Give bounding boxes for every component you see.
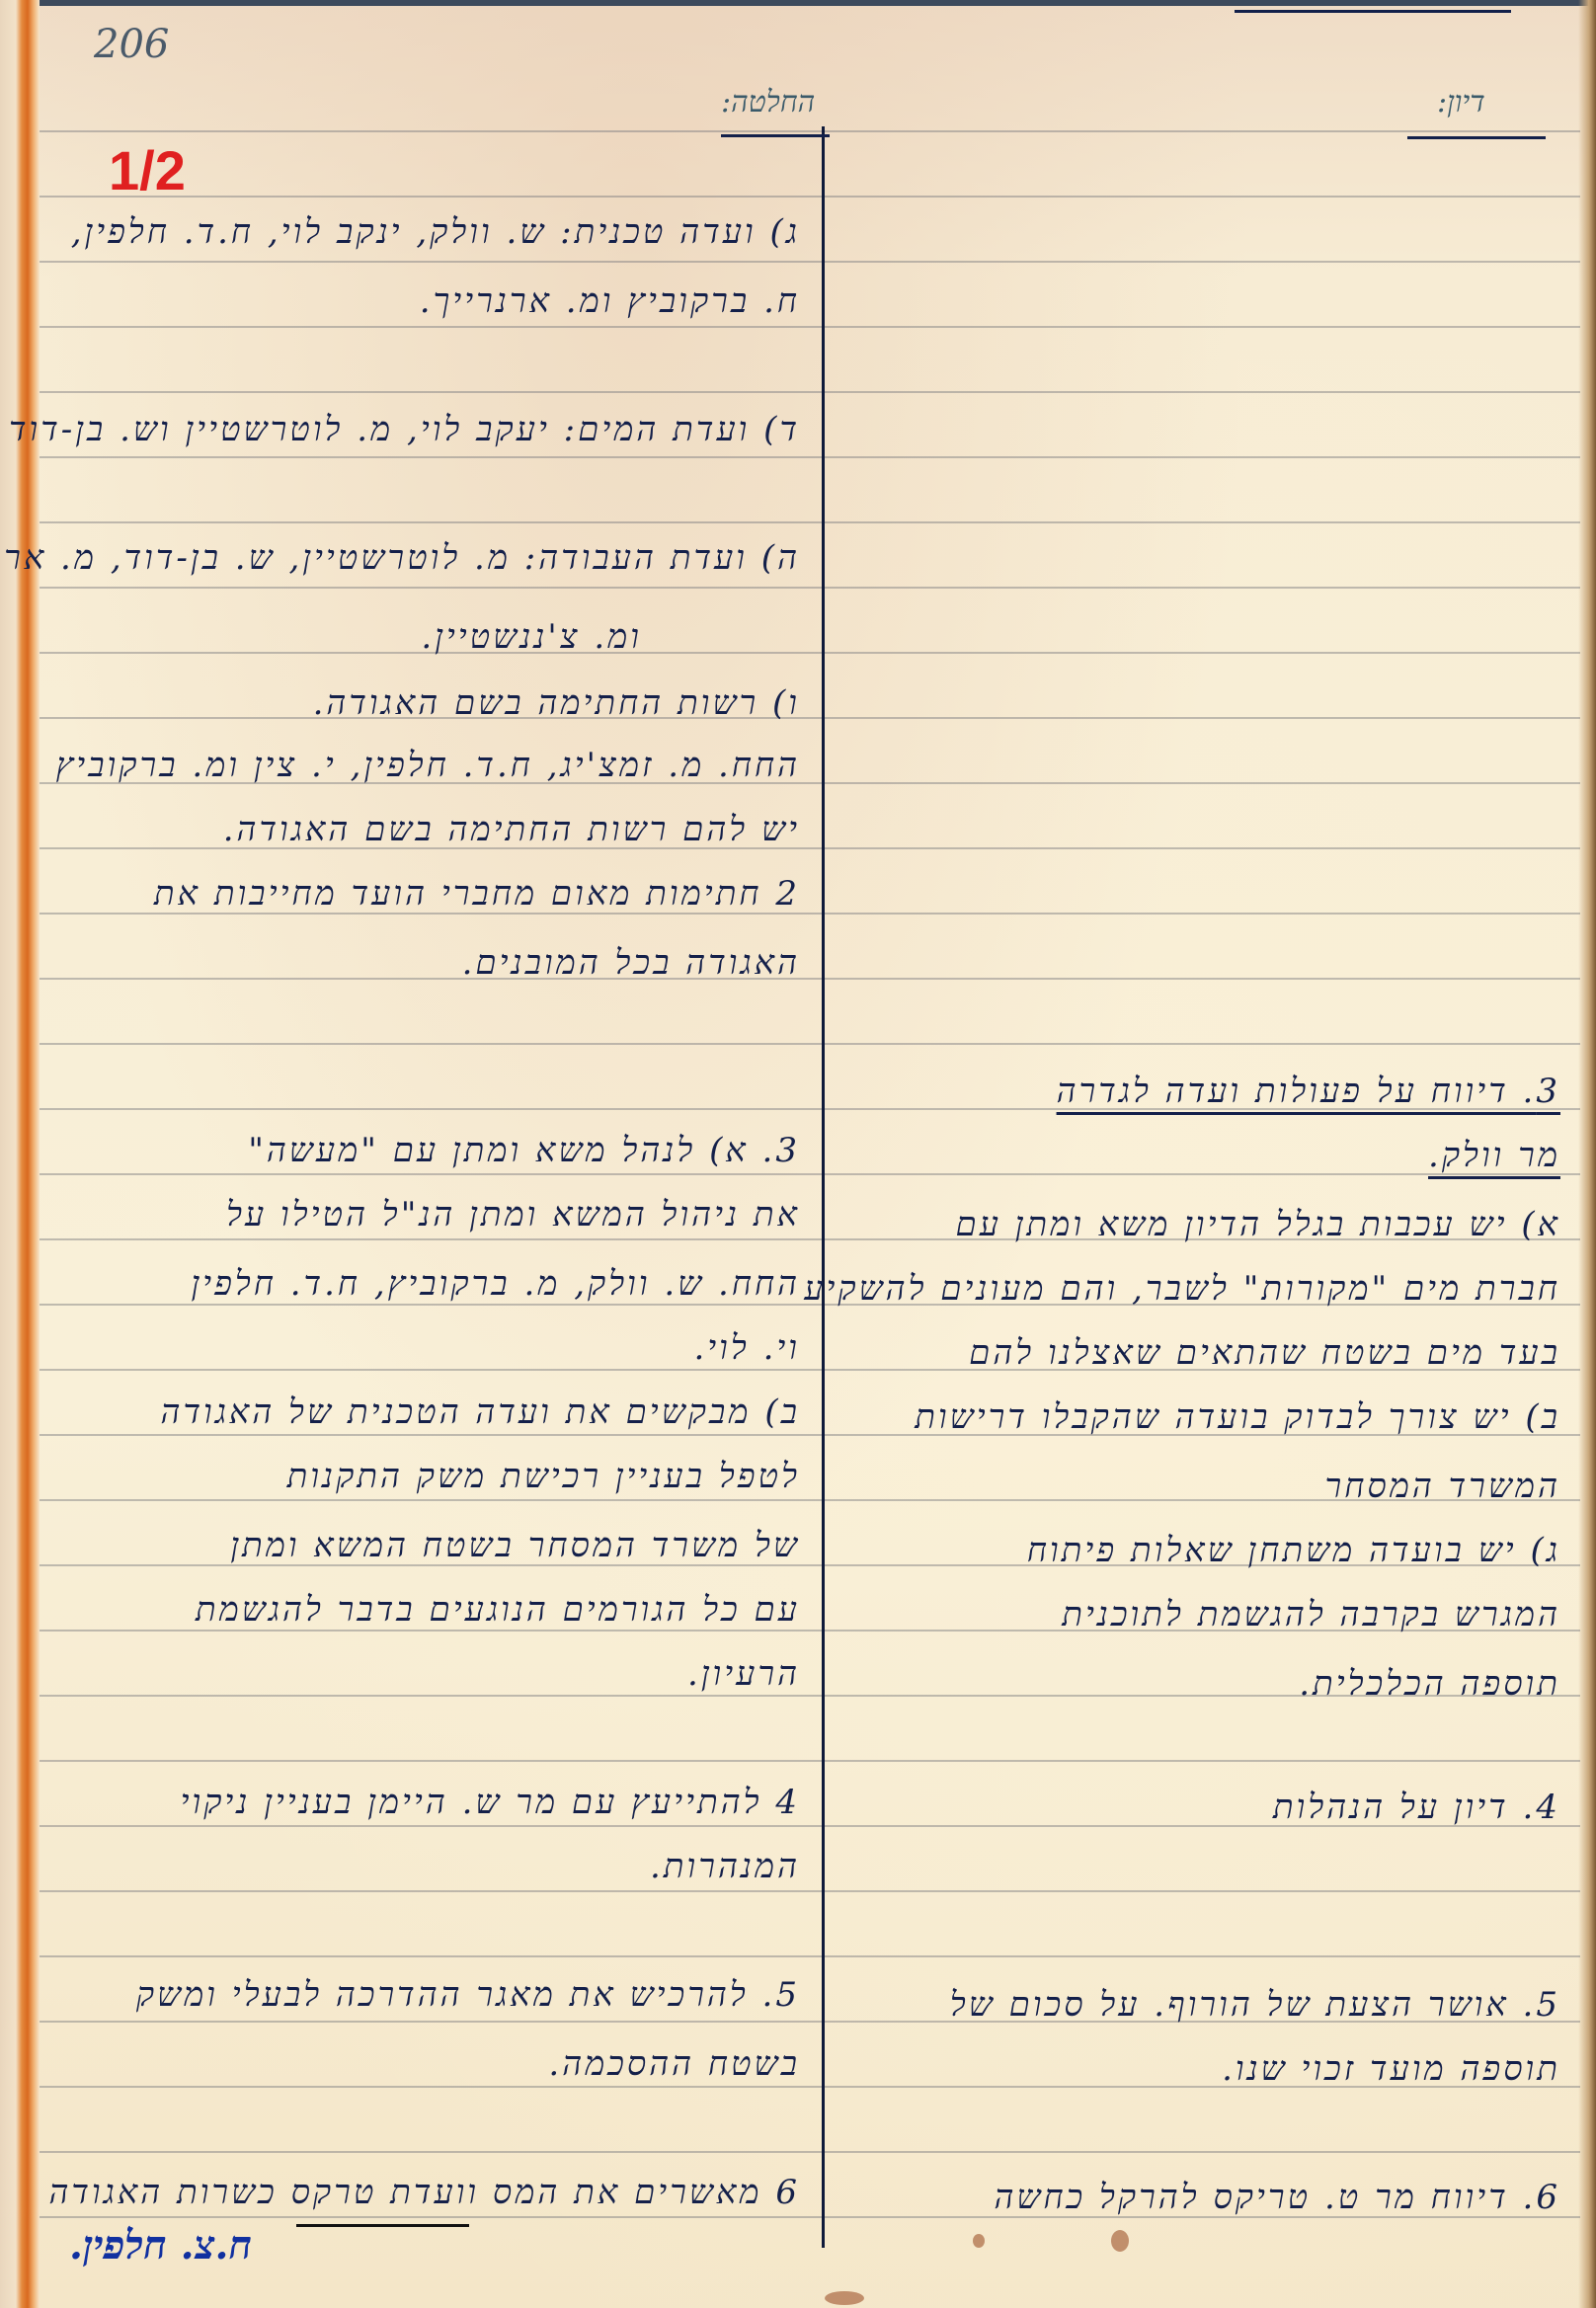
ruled-line <box>40 587 1580 589</box>
discussion-line: תוספה מועד זכוי שנו. <box>1222 2049 1560 2089</box>
ruled-line <box>40 521 1580 523</box>
discussion-line: בעד מים בשטח שהתאים שאצלנו להם <box>969 1333 1560 1373</box>
resolution-line: עם כל הגורמים הנוגעים בדבר להגשמת <box>196 1590 800 1630</box>
resolution-line: הרעיון. <box>687 1654 800 1694</box>
ruled-line <box>40 196 1580 198</box>
ruled-line <box>40 130 1580 132</box>
discussion-line: 5. אושר הצעת של הורוף. על סכום של <box>950 1985 1560 2025</box>
resolution-line: ה) ועדת העבודה: מ. לוטרשטיין, ש. בן-דוד,… <box>0 538 800 578</box>
discussion-line: א) יש עכבות בגלל הדיון משא ומתן עם <box>956 1205 1561 1244</box>
signature: ח.צ. חלפין. <box>69 2222 252 2268</box>
ink-stain <box>825 2291 864 2305</box>
discussion-line: 6. דיווח מר ט. טריקס להרקל כחשה <box>994 2178 1560 2217</box>
resolution-line: 3. א) לנהל משא ומתן עם "מעשה" <box>248 1131 800 1170</box>
discussion-line: המשרד המסחר <box>1325 1467 1560 1506</box>
resolution-line: החח. מ. זמצ'יג, ח.ד. חלפין, י. צין ומ. ב… <box>56 746 800 785</box>
resolution-line: בשטח ההסכמה. <box>548 2044 800 2084</box>
discussion-line: 3. דיווח על פעולות ועדה לגדרה <box>1057 1072 1560 1111</box>
page-number: 206 <box>94 22 169 67</box>
resolution-line: ומ. צ'ננשטיין. <box>421 617 642 657</box>
ruled-line <box>40 652 1580 654</box>
right-column-header: דיון: <box>1437 85 1485 119</box>
resolution-line: 5. להרכיש את מאגר ההדרכה לבעלי ומשק <box>136 1975 800 2015</box>
resolution-line: המנהרות. <box>650 1847 800 1886</box>
ruled-line <box>40 978 1580 980</box>
discussion-line: 4. דיון על הנהלות <box>1273 1788 1560 1827</box>
ruled-line <box>40 326 1580 328</box>
discussion-line: מר וולק. <box>1428 1136 1560 1175</box>
ruled-line <box>40 717 1580 719</box>
discussion-line: המגרש בקרבה להגשמת לתוכנית <box>1062 1595 1560 1634</box>
ruled-line <box>40 2151 1580 2153</box>
ruled-line <box>40 1173 1580 1175</box>
resolution-line: יש להם רשות החתימה בשם האגודה. <box>223 810 800 849</box>
scan-top-edge <box>0 0 1596 6</box>
left-column-header: החלטה: <box>721 85 815 119</box>
resolution-line: ב) מבקשים את ועדה הטכנית של האגודה <box>161 1393 800 1432</box>
discussion-line: ב) יש צורך לבדוק בועדה שהקבלו דרישות <box>915 1397 1560 1437</box>
resolution-line: 6 מאשרים את המס וועדת טרקס כשרות האגודה <box>48 2173 800 2212</box>
top-partial-underline <box>1235 10 1511 13</box>
ruled-line <box>40 1043 1580 1045</box>
discussion-line: תוספה הכלכלית. <box>1299 1664 1560 1704</box>
discussion-line: ג) יש בועדה משתחן שאלות פיתוח <box>1027 1531 1560 1570</box>
left-header-underline <box>721 134 830 137</box>
ink-stain <box>1111 2230 1129 2252</box>
item-6-underline <box>296 2224 469 2227</box>
resolution-line: ג) ועדה טכנית: ש. וולק, ינקב לוי, ח.ד. ח… <box>71 212 800 252</box>
resolution-line: ו) רשות החתימה בשם האגודה. <box>313 683 800 723</box>
resolution-line: וי. לוי. <box>693 1328 800 1368</box>
discussion-line: חברת מים "מקורות" לשבר, והם מעונים להשקי… <box>804 1269 1560 1309</box>
ruled-line <box>40 456 1580 458</box>
resolution-line: לטפל בעניין רכישת משק התקנות <box>287 1457 800 1496</box>
page-binding-left <box>0 0 40 2308</box>
resolution-line: את ניהול המשא ומתן הנ"ל הטילו על <box>226 1195 800 1234</box>
ruled-line <box>40 391 1580 393</box>
resolution-line: ח. ברקוביץ ומ. ארנרייך. <box>420 281 800 321</box>
ruled-line <box>40 1890 1580 1892</box>
ruled-line <box>40 261 1580 263</box>
resolution-line: החח. ש. וולק, מ. ברקוביץ, ח.ד. חלפין <box>192 1264 800 1304</box>
resolution-line: 2 חתימות מאום מחברי הועד מחייבות את <box>154 874 800 914</box>
sheet-label: 1/2 <box>109 138 186 202</box>
resolution-line: 4 להתייעץ עם מר ש. היימן בעניין ניקוי <box>181 1783 800 1822</box>
resolution-line: ד) ועדת המים: יעקב לוי, מ. לוטרשטיין וש.… <box>9 410 800 449</box>
notebook-page: 206 1/2 החלטה: דיון: ג) ועדה טכנית: ש. ו… <box>0 0 1596 2308</box>
resolution-line: של משרד המסחר בשטח המשא ומתן <box>230 1526 800 1565</box>
ruled-line <box>40 1760 1580 1762</box>
page-edge-right <box>1578 0 1596 2308</box>
right-header-underline <box>1407 136 1546 139</box>
column-divider <box>822 126 825 2248</box>
resolution-line: האגודה בכל המובנים. <box>462 943 800 983</box>
ruled-line <box>40 1955 1580 1957</box>
ink-stain <box>973 2234 985 2248</box>
